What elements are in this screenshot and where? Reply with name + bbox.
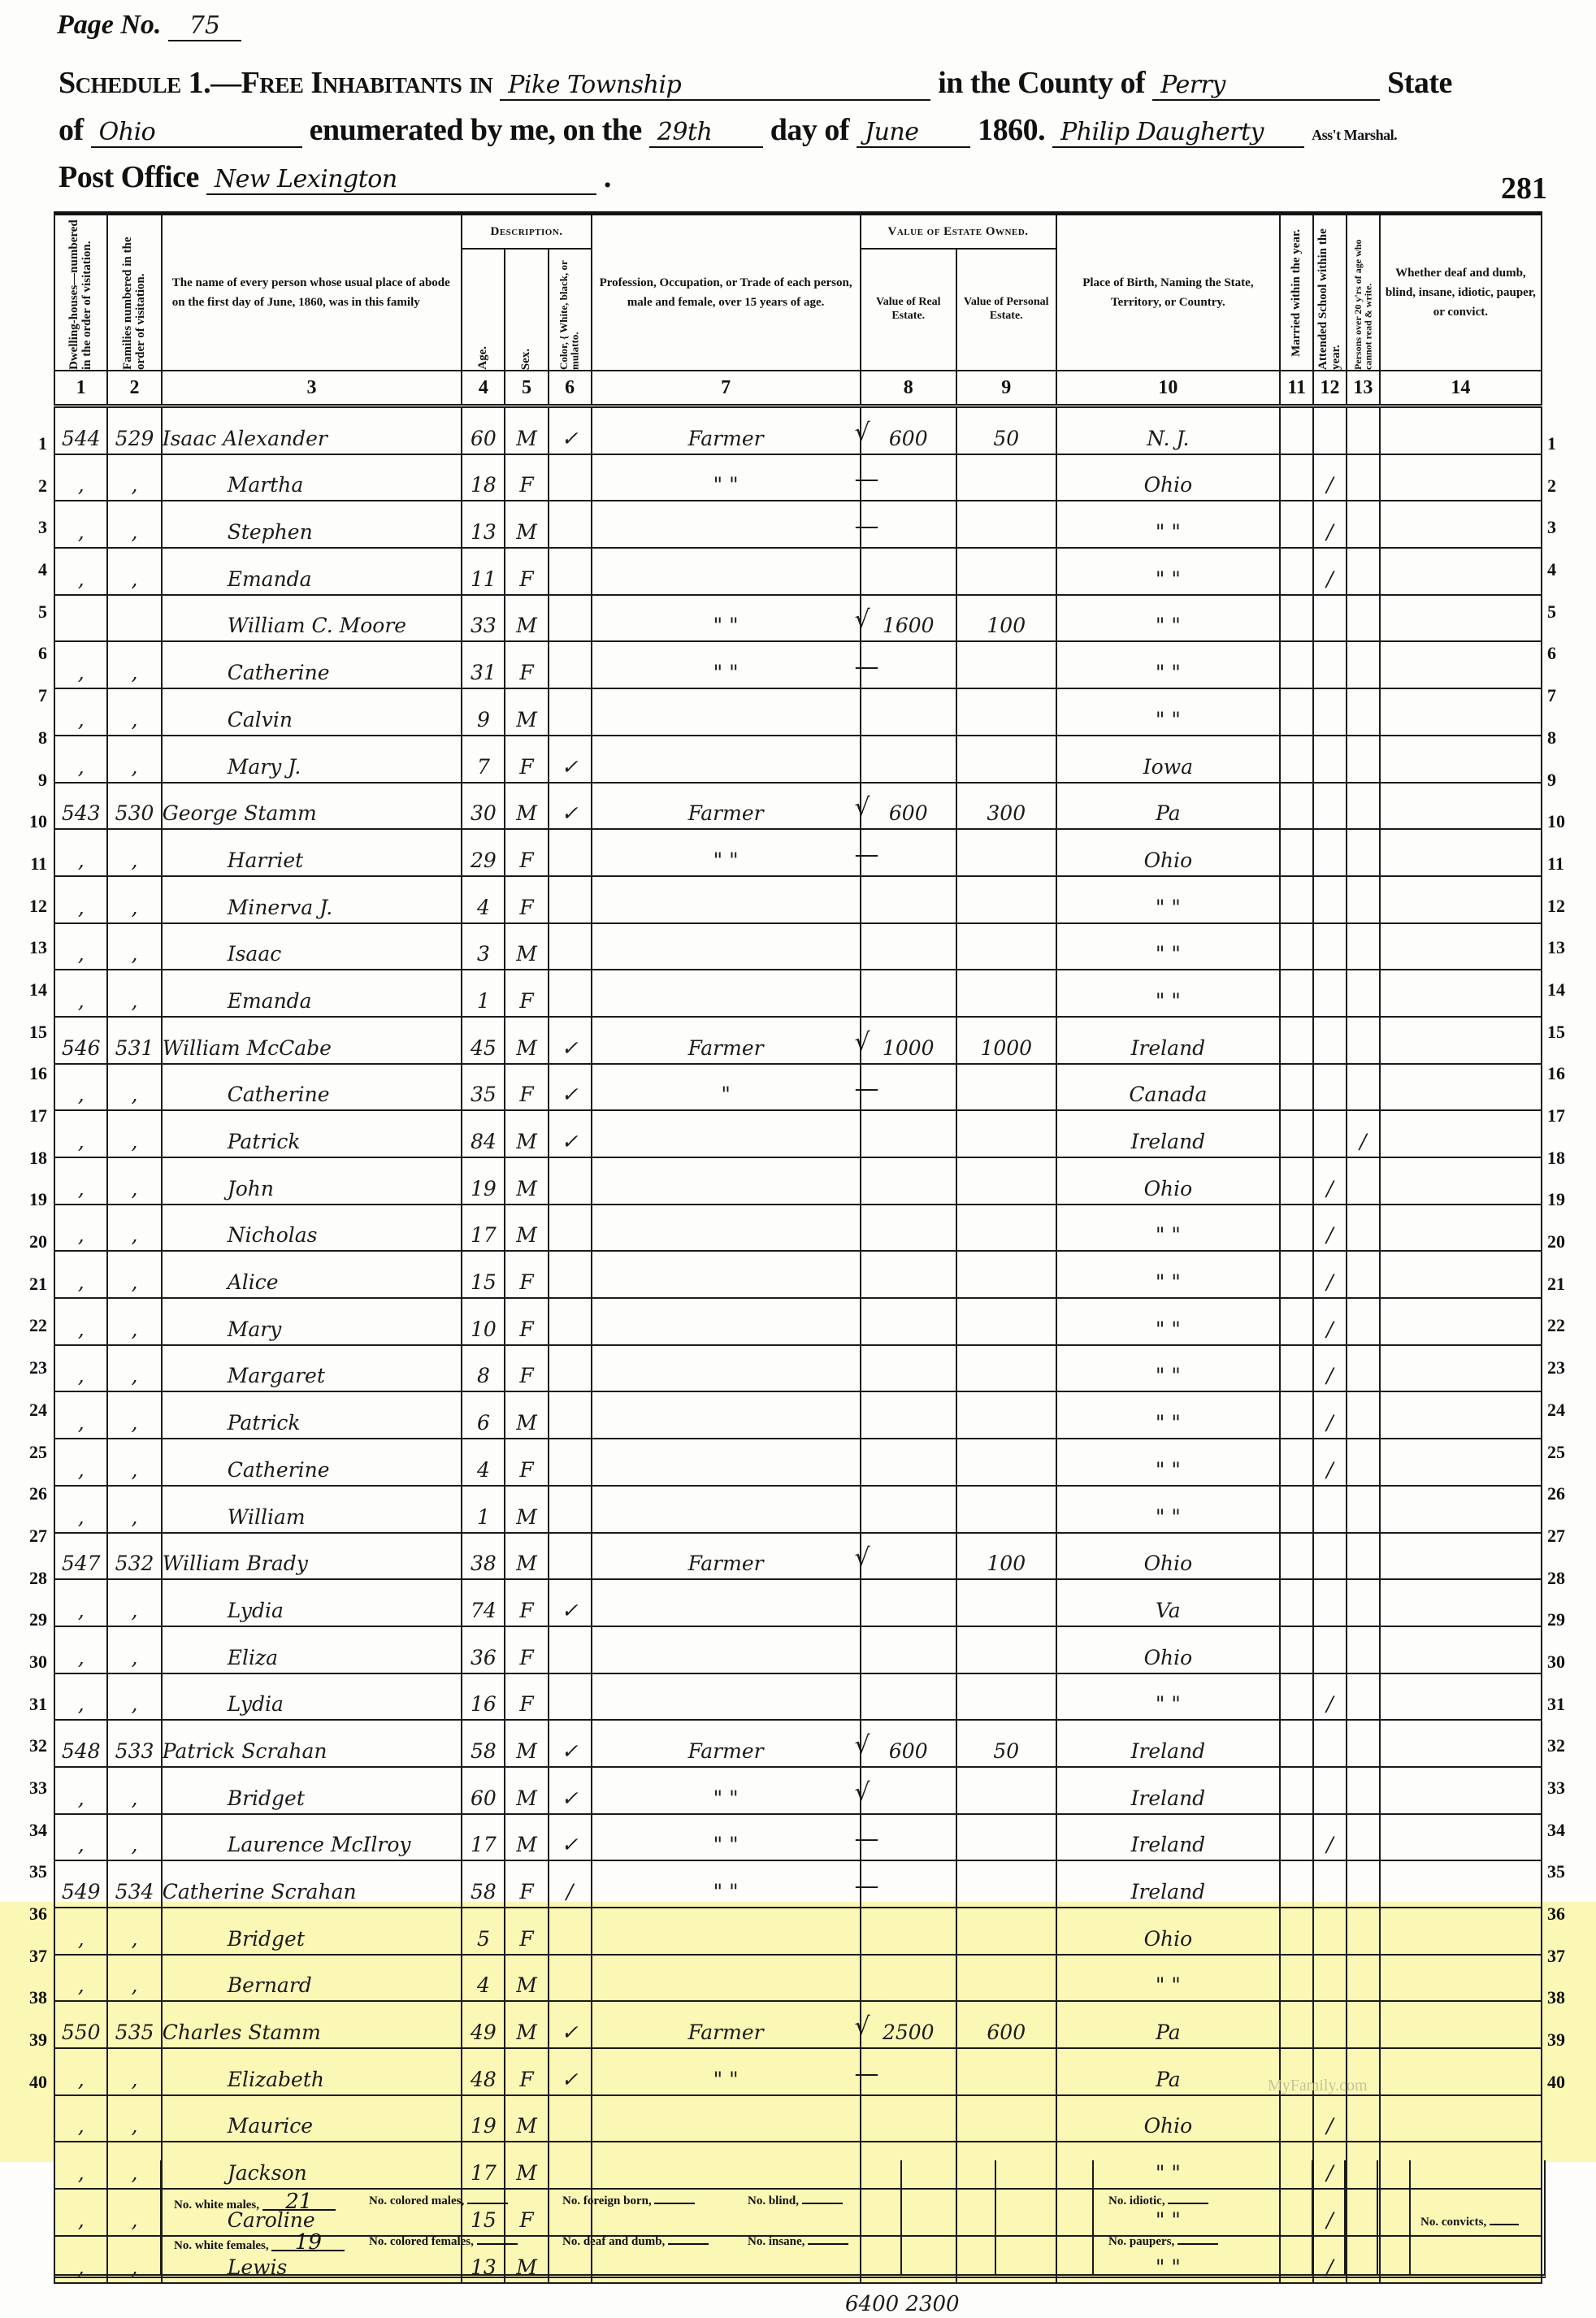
color-mark: ✓: [549, 1064, 592, 1111]
personal-estate-value: [956, 1439, 1056, 1486]
column-number: 13: [1347, 371, 1380, 406]
age: 17: [462, 1814, 505, 1861]
disability: [1380, 1298, 1542, 1345]
age: 45: [462, 1017, 505, 1064]
line-number: 17: [1547, 1095, 1588, 1137]
bottom-note: 6400 2300: [845, 2292, 960, 2316]
family-number: ,: [107, 641, 161, 688]
line-number: 16: [10, 1053, 47, 1095]
married-mark: [1280, 970, 1313, 1017]
disability: [1380, 829, 1542, 876]
sex: F: [505, 1579, 548, 1626]
age: 5: [462, 1908, 505, 1955]
occupation: [592, 2095, 861, 2142]
line-number: 25: [10, 1431, 47, 1474]
occupation: " ": [592, 595, 861, 642]
birthplace: N. J.: [1056, 406, 1281, 454]
sex: F: [505, 2048, 548, 2095]
school-mark: [1313, 736, 1347, 783]
dwelling-number: ,: [54, 876, 107, 923]
personal-estate-value: [956, 1860, 1056, 1908]
line-number: 32: [1547, 1725, 1588, 1767]
line-number: 22: [10, 1304, 47, 1347]
line-number: 30: [1547, 1641, 1588, 1683]
line-number: 5: [1547, 591, 1588, 633]
family-number: ,: [107, 501, 161, 548]
birthplace: " ": [1056, 1251, 1281, 1298]
line-number: 9: [10, 759, 47, 801]
real-estate-value: —: [861, 454, 956, 501]
post-office-line: Post Office New Lexington .: [59, 159, 611, 195]
sex: M: [505, 1110, 548, 1157]
of-label: of: [59, 113, 84, 147]
sex: M: [505, 783, 548, 830]
illiterate-mark: [1347, 923, 1380, 970]
color-mark: [549, 1626, 592, 1673]
personal-estate-value: [956, 876, 1056, 923]
birthplace: Ohio: [1056, 454, 1281, 501]
disability: [1380, 688, 1542, 736]
sex: M: [505, 1533, 548, 1580]
line-number: 1: [10, 423, 47, 465]
color-mark: ✓: [549, 406, 592, 454]
age: 74: [462, 1579, 505, 1626]
family-number: ,: [107, 2048, 161, 2095]
census-row: ,,Bernard4M" ": [54, 1955, 1542, 2002]
person-name: William: [162, 1486, 462, 1533]
color-mark: [549, 2095, 592, 2142]
census-row: 544529Isaac Alexander60M✓Farmer√60050N. …: [54, 406, 1542, 454]
line-number: 37: [10, 1935, 47, 1977]
line-number: 8: [1547, 717, 1588, 759]
sex: M: [505, 1205, 548, 1252]
check-mark-icon: √: [855, 2012, 870, 2041]
column-number-row: 1234567891011121314: [54, 371, 1542, 406]
school-mark: /: [1313, 1157, 1347, 1205]
census-row: ,,Margaret8F" "/: [54, 1345, 1542, 1392]
line-number: 16: [1547, 1053, 1588, 1095]
check-mark-icon: √: [855, 1028, 870, 1057]
total-foreign-born: No. foreign born,: [562, 2194, 695, 2208]
line-number: 19: [10, 1179, 47, 1221]
dwelling-number: 549: [54, 1860, 107, 1908]
person-name: Minerva J.: [162, 876, 462, 923]
dwelling-number: ,: [54, 1955, 107, 2002]
column-number: 12: [1313, 371, 1347, 406]
sex: M: [505, 1157, 548, 1205]
married-mark: [1280, 454, 1313, 501]
family-number: ,: [107, 1064, 161, 1111]
census-table: Dwelling-houses—numbered in the order of…: [54, 211, 1542, 2284]
family-number: ,: [107, 1345, 161, 1392]
school-mark: [1313, 1626, 1347, 1673]
page-number-value: 75: [168, 11, 241, 41]
family-number: ,: [107, 1579, 161, 1626]
age: 6: [462, 1391, 505, 1439]
age: 4: [462, 876, 505, 923]
census-rows: 544529Isaac Alexander60M✓Farmer√60050N. …: [54, 406, 1542, 2283]
column-number: 10: [1056, 371, 1281, 406]
person-name: Catherine Scrahan: [162, 1860, 462, 1908]
post-office-label: Post Office: [59, 160, 199, 194]
person-name: Mary J.: [162, 736, 462, 783]
color-mark: ✓: [549, 1017, 592, 1064]
married-mark: [1280, 783, 1313, 830]
family-number: 534: [107, 1860, 161, 1908]
married-mark: [1280, 876, 1313, 923]
school-mark: [1313, 1908, 1347, 1955]
person-name: Mary: [162, 1298, 462, 1345]
birthplace: Ireland: [1056, 1017, 1281, 1064]
family-number: 535: [107, 2001, 161, 2048]
census-row: ,,Catherine31F" "—" ": [54, 641, 1542, 688]
school-mark: [1313, 1486, 1347, 1533]
line-number: 7: [1547, 675, 1588, 717]
school-mark: /: [1313, 1391, 1347, 1439]
illiterate-mark: [1347, 876, 1380, 923]
occupation: Farmer: [592, 783, 861, 830]
total-paupers: No. paupers,: [1108, 2235, 1218, 2249]
real-estate-value: √: [861, 1533, 956, 1580]
family-number: ,: [107, 970, 161, 1017]
personal-estate-value: [956, 1064, 1056, 1111]
school-mark: [1313, 876, 1347, 923]
married-mark: [1280, 1767, 1313, 1814]
line-number: 22: [1547, 1304, 1588, 1347]
real-estate-value: √: [861, 1767, 956, 1814]
line-number: 21: [10, 1263, 47, 1305]
personal-estate-value: 600: [956, 2001, 1056, 2048]
family-number: ,: [107, 1391, 161, 1439]
line-number: 26: [1547, 1473, 1588, 1515]
line-number: 23: [1547, 1347, 1588, 1389]
personal-estate-value: [956, 1908, 1056, 1955]
person-name: Margaret: [162, 1345, 462, 1392]
line-number: 13: [10, 927, 47, 969]
dwelling-number: ,: [54, 1064, 107, 1111]
color-mark: [549, 1251, 592, 1298]
birthplace: " ": [1056, 1205, 1281, 1252]
column-number: 9: [956, 371, 1056, 406]
personal-estate-value: [956, 1486, 1056, 1533]
school-mark: /: [1313, 1345, 1347, 1392]
dwelling-number: 546: [54, 1017, 107, 1064]
family-number: ,: [107, 1767, 161, 1814]
disability: [1380, 1955, 1542, 2002]
occupation: [592, 1157, 861, 1205]
disability: [1380, 1908, 1542, 1955]
family-number: ,: [107, 1439, 161, 1486]
disability: [1380, 783, 1542, 830]
line-number: 4: [1547, 549, 1588, 591]
header-age: Age.: [462, 249, 505, 371]
married-mark: [1280, 1391, 1313, 1439]
census-row: ,,Catherine35F✓"—Canada: [54, 1064, 1542, 1111]
married-mark: [1280, 1533, 1313, 1580]
line-number: 21: [1547, 1263, 1588, 1305]
color-mark: [549, 548, 592, 595]
line-number: 10: [1547, 801, 1588, 843]
person-name: Lydia: [162, 1579, 462, 1626]
color-mark: ✓: [549, 1814, 592, 1861]
real-estate-value: [861, 1673, 956, 1721]
census-row: ,,Laurence McIlroy17M✓" "—Ireland/: [54, 1814, 1542, 1861]
family-number: 531: [107, 1017, 161, 1064]
personal-estate-value: 100: [956, 1533, 1056, 1580]
disability: [1380, 2095, 1542, 2142]
census-row: ,,Calvin9M" ": [54, 688, 1542, 736]
dwelling-number: ,: [54, 1814, 107, 1861]
line-number: 4: [10, 549, 47, 591]
occupation: Farmer: [592, 2001, 861, 2048]
person-name: Maurice: [162, 2095, 462, 2142]
birthplace: " ": [1056, 501, 1281, 548]
census-row: ,,Harriet29F" "—Ohio: [54, 829, 1542, 876]
watermark: MyFamily.com: [1268, 2077, 1368, 2095]
line-number: 35: [1547, 1851, 1588, 1893]
color-mark: [549, 970, 592, 1017]
color-mark: [549, 1533, 592, 1580]
sex: F: [505, 1298, 548, 1345]
real-estate-value: —: [861, 1064, 956, 1111]
school-mark: [1313, 1110, 1347, 1157]
dwelling-number: ,: [54, 1908, 107, 1955]
illiterate-mark: [1347, 736, 1380, 783]
line-number: 27: [10, 1515, 47, 1557]
real-estate-value: [861, 548, 956, 595]
disability: [1380, 1391, 1542, 1439]
occupation: [592, 501, 861, 548]
column-number: 7: [592, 371, 861, 406]
illiterate-mark: [1347, 1720, 1380, 1767]
person-name: William Brady: [162, 1533, 462, 1580]
schedule-label: Schedule 1.—Free Inhabitants in: [59, 66, 492, 100]
occupation: Farmer: [592, 1720, 861, 1767]
birthplace: Ohio: [1056, 1908, 1281, 1955]
census-row: ,,William1M" ": [54, 1486, 1542, 1533]
married-mark: [1280, 1955, 1313, 2002]
illiterate-mark: [1347, 1626, 1380, 1673]
dwelling-number: ,: [54, 736, 107, 783]
census-row: ,,Patrick6M" "/: [54, 1391, 1542, 1439]
illiterate-mark: [1347, 1345, 1380, 1392]
color-mark: ✓: [549, 1579, 592, 1626]
line-number: 36: [1547, 1893, 1588, 1935]
line-number: 27: [1547, 1515, 1588, 1557]
illiterate-mark: [1347, 1251, 1380, 1298]
age: 8: [462, 1345, 505, 1392]
color-mark: [549, 923, 592, 970]
personal-estate-value: [956, 2095, 1056, 2142]
color-mark: ✓: [549, 783, 592, 830]
personal-estate-value: [956, 1626, 1056, 1673]
census-row: ,,Nicholas17M" "/: [54, 1205, 1542, 1252]
dwelling-number: ,: [54, 1205, 107, 1252]
occupation: " ": [592, 829, 861, 876]
school-mark: /: [1313, 1673, 1347, 1721]
married-mark: [1280, 2001, 1313, 2048]
illiterate-mark: [1347, 1908, 1380, 1955]
column-number: 4: [462, 371, 505, 406]
personal-estate-value: [956, 1579, 1056, 1626]
person-name: Calvin: [162, 688, 462, 736]
dwelling-number: ,: [54, 688, 107, 736]
census-row: ,,Stephen13M—" "/: [54, 501, 1542, 548]
real-estate-value: √600: [861, 1720, 956, 1767]
married-mark: [1280, 1439, 1313, 1486]
personal-estate-value: [956, 1345, 1056, 1392]
illiterate-mark: [1347, 1814, 1380, 1861]
birthplace: Pa: [1056, 783, 1281, 830]
census-row: William C. Moore33M" "√1600100" ": [54, 595, 1542, 642]
column-number: 11: [1280, 371, 1313, 406]
illiterate-mark: [1347, 829, 1380, 876]
sex: M: [505, 1391, 548, 1439]
county-field: Perry: [1152, 71, 1380, 101]
occupation: " ": [592, 641, 861, 688]
dwelling-number: ,: [54, 1579, 107, 1626]
illiterate-mark: [1347, 1391, 1380, 1439]
sex: M: [505, 1767, 548, 1814]
real-estate-value: —: [861, 2048, 956, 2095]
family-number: ,: [107, 1298, 161, 1345]
family-number: ,: [107, 1814, 161, 1861]
page-number: Page No. 75: [57, 10, 241, 41]
birthplace: " ": [1056, 688, 1281, 736]
illiterate-mark: [1347, 1673, 1380, 1721]
age: 16: [462, 1673, 505, 1721]
illiterate-mark: [1347, 1205, 1380, 1252]
color-mark: [549, 829, 592, 876]
school-mark: [1313, 783, 1347, 830]
occupation: [592, 1486, 861, 1533]
check-mark-icon: √: [855, 793, 870, 822]
occupation: " ": [592, 1767, 861, 1814]
line-number: 35: [10, 1851, 47, 1893]
disability: [1380, 876, 1542, 923]
illiterate-mark: [1347, 1439, 1380, 1486]
dwelling-number: ,: [54, 829, 107, 876]
header-name: The name of every person whose usual pla…: [162, 214, 462, 371]
line-number: 38: [1547, 1977, 1588, 2019]
total-white-females: No. white females, 19: [174, 2235, 345, 2253]
person-name: William C. Moore: [162, 595, 462, 642]
disability: [1380, 923, 1542, 970]
header-birthplace: Place of Birth, Naming the State, Territ…: [1056, 214, 1281, 371]
white-females-value: 19: [271, 2235, 345, 2251]
color-mark: [549, 641, 592, 688]
census-row: ,,Lydia16F" "/: [54, 1673, 1542, 1721]
column-number: 1: [54, 371, 107, 406]
sex: F: [505, 1251, 548, 1298]
column-number: 6: [549, 371, 592, 406]
school-mark: /: [1313, 1814, 1347, 1861]
dwelling-number: ,: [54, 1439, 107, 1486]
birthplace: " ": [1056, 1298, 1281, 1345]
personal-estate-value: [956, 1767, 1056, 1814]
disability: [1380, 1205, 1542, 1252]
school-mark: [1313, 1955, 1347, 2002]
header-personal-estate: Value of Personal Estate.: [956, 249, 1056, 371]
school-mark: /: [1313, 1251, 1347, 1298]
line-number: 10: [10, 801, 47, 843]
age: 58: [462, 1720, 505, 1767]
dwelling-number: ,: [54, 1157, 107, 1205]
line-number: 15: [10, 1011, 47, 1053]
occupation: [592, 688, 861, 736]
line-number: 39: [10, 2019, 47, 2061]
age: 38: [462, 1533, 505, 1580]
person-name: Harriet: [162, 829, 462, 876]
check-mark-icon: —: [855, 512, 879, 540]
marshal-label: Ass't Marshal.: [1312, 127, 1397, 143]
personal-estate-value: [956, 1251, 1056, 1298]
disability: [1380, 1767, 1542, 1814]
family-number: ,: [107, 736, 161, 783]
total-colored-females: No. colored females,: [369, 2235, 518, 2249]
sex: F: [505, 1626, 548, 1673]
personal-estate-value: [956, 736, 1056, 783]
line-number: 6: [1547, 632, 1588, 675]
real-estate-value: √600: [861, 406, 956, 454]
disability: [1380, 1017, 1542, 1064]
disability: [1380, 1814, 1542, 1861]
post-office-field: New Lexington: [206, 165, 596, 195]
person-name: Nicholas: [162, 1205, 462, 1252]
age: 84: [462, 1110, 505, 1157]
line-number: 34: [1547, 1809, 1588, 1851]
illiterate-mark: [1347, 2001, 1380, 2048]
color-mark: [549, 1955, 592, 2002]
age: 1: [462, 1486, 505, 1533]
occupation: [592, 1345, 861, 1392]
illiterate-mark: [1347, 548, 1380, 595]
disability: [1380, 1579, 1542, 1626]
occupation: [592, 1298, 861, 1345]
real-estate-value: [861, 1486, 956, 1533]
real-estate-value: [861, 1955, 956, 2002]
sex: F: [505, 1673, 548, 1721]
age: 7: [462, 736, 505, 783]
occupation: [592, 1626, 861, 1673]
line-number: 30: [10, 1641, 47, 1683]
color-mark: [549, 1205, 592, 1252]
dwelling-number: ,: [54, 2095, 107, 2142]
dwelling-number: ,: [54, 1298, 107, 1345]
total-colored-males: No. colored males,: [369, 2194, 508, 2208]
birthplace: Pa: [1056, 2001, 1281, 2048]
occupation: [592, 1391, 861, 1439]
page-number-label: Page No.: [57, 10, 161, 40]
family-number: 533: [107, 1720, 161, 1767]
day-of-label: day of: [770, 113, 849, 147]
occupation: ": [592, 1064, 861, 1111]
line-number: 17: [10, 1095, 47, 1137]
personal-estate-value: [956, 1391, 1056, 1439]
person-name: Catherine: [162, 1439, 462, 1486]
married-mark: [1280, 406, 1313, 454]
age: 60: [462, 1767, 505, 1814]
color-mark: ✓: [549, 1720, 592, 1767]
dwelling-number: ,: [54, 548, 107, 595]
census-row: ,,John19MOhio/: [54, 1157, 1542, 1205]
married-mark: [1280, 1486, 1313, 1533]
birthplace: " ": [1056, 641, 1281, 688]
person-name: Martha: [162, 454, 462, 501]
check-mark-icon: √: [855, 1778, 870, 1807]
school-mark: /: [1313, 548, 1347, 595]
dwelling-number: ,: [54, 1251, 107, 1298]
